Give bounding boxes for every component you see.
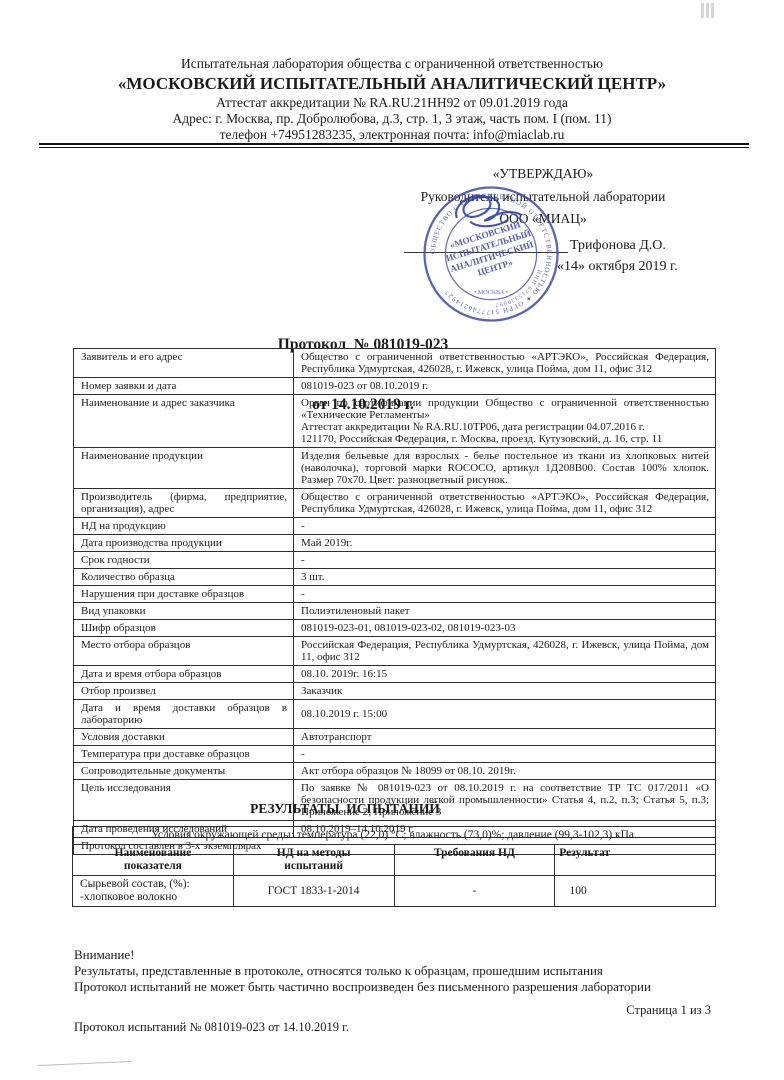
table-row: НД на продукцию-: [74, 518, 716, 535]
accreditation-line: Аттестат аккредитации № RA.RU.21НН92 от …: [0, 95, 784, 111]
row-label: Место отбора образцов: [74, 637, 294, 666]
table-row: Наименование продукцииИзделия бельевые д…: [74, 448, 716, 489]
row-value: -: [294, 586, 716, 603]
row-value: Общество с ограниченной ответственностью…: [294, 489, 716, 518]
row-label: Шифр образцов: [74, 620, 294, 637]
address-line: Адрес: г. Москва, пр. Добролюбова, д.3, …: [0, 111, 784, 127]
col-header-method: НД на методы испытаний: [233, 845, 394, 876]
table-row: Наименование и адрес заказчикаОрган по с…: [74, 395, 716, 448]
table-row: Заявитель и его адресОбщество с ограниче…: [74, 349, 716, 378]
row-value: 081019-023 от 08.10.2019 г.: [294, 378, 716, 395]
row-value: -: [294, 518, 716, 535]
col-header-requirement: Требования НД: [394, 845, 555, 876]
table-row: Номер заявки и дата081019-023 от 08.10.2…: [74, 378, 716, 395]
document-header: Испытательная лаборатория общества с огр…: [0, 56, 784, 143]
row-label: Отбор произвел: [74, 683, 294, 700]
table-row: Нарушения при доставке образцов-: [74, 586, 716, 603]
lab-description: Испытательная лаборатория общества с огр…: [0, 56, 784, 72]
table-row: Вид упаковкиПолиэтиленовый пакет: [74, 603, 716, 620]
scan-artifact-marks: [701, 3, 714, 18]
document-page: Испытательная лаборатория общества с огр…: [0, 0, 784, 1080]
row-value: -: [294, 746, 716, 763]
row-label: Номер заявки и дата: [74, 378, 294, 395]
col-header-indicator: Наименование показателя: [73, 845, 234, 876]
scan-artifact-line: [38, 1056, 132, 1066]
protocol-info-table: Заявитель и его адресОбщество с ограниче…: [73, 348, 716, 855]
conditions-row: Условия окружающей среды: температура (2…: [73, 827, 716, 845]
row-label: Производитель (фирма, предприятие, орган…: [74, 489, 294, 518]
attention-word: Внимание!: [74, 947, 680, 963]
organization-name: «МОСКОВСКИЙ ИСПЫТАТЕЛЬНЫЙ АНАЛИТИЧЕСКИЙ …: [0, 73, 784, 94]
table-row: Количество образца3 шт.: [74, 569, 716, 586]
table-row: Дата и время отбора образцов08.10. 2019г…: [74, 666, 716, 683]
table-row: Срок годности-: [74, 552, 716, 569]
row-value: -: [294, 552, 716, 569]
row-label: Условия доставки: [74, 729, 294, 746]
table-row: Производитель (фирма, предприятие, орган…: [74, 489, 716, 518]
row-value: Орган по сертификации продукции Общество…: [294, 395, 716, 448]
page-number: Страница 1 из 3: [626, 1003, 711, 1018]
result-cell: 100: [555, 876, 716, 907]
header-divider: [39, 143, 749, 148]
row-value: 081019-023-01, 081019-023-02, 081019-023…: [294, 620, 716, 637]
results-heading: РЕЗУЛЬТАТЫ ИСПЫТАНИЙ: [0, 801, 690, 817]
method-cell: ГОСТ 1833-1-2014: [233, 876, 394, 907]
table-row: Сопроводительные документыАкт отбора обр…: [74, 763, 716, 780]
row-value: 08.10.2019 г. 15:00: [294, 700, 716, 729]
attention-block: Внимание! Результаты, представленные в п…: [74, 947, 680, 995]
table-row: Дата производства продукцииМай 2019г.: [74, 535, 716, 552]
requirement-cell: -: [394, 876, 555, 907]
row-label: Дата и время отбора образцов: [74, 666, 294, 683]
row-label: Дата и время доставки образцов в лаборат…: [74, 700, 294, 729]
protocol-footer-ref: Протокол испытаний № 081019-023 от 14.10…: [74, 1020, 349, 1035]
environment-conditions: Условия окружающей среды: температура (2…: [73, 827, 716, 845]
row-label: Температура при доставке образцов: [74, 746, 294, 763]
table-row: Место отбора образцовРоссийская Федераци…: [74, 637, 716, 666]
results-header-row: Наименование показателя НД на методы исп…: [73, 845, 716, 876]
attention-note2: Протокол испытаний не может быть частичн…: [74, 979, 680, 995]
signer-name: Трифонова Д.О.: [570, 238, 666, 254]
contacts-line: телефон +74951283235, электронная почта:…: [0, 127, 784, 143]
row-label: Наименование продукции: [74, 448, 294, 489]
table-row: Температура при доставке образцов-: [74, 746, 716, 763]
row-label: Заявитель и его адрес: [74, 349, 294, 378]
row-value: Автотранспорт: [294, 729, 716, 746]
indicator-cell: Сырьевой состав, (%): -хлопковое волокно: [73, 876, 234, 907]
result-row: Сырьевой состав, (%): -хлопковое волокно…: [73, 876, 716, 907]
row-label: НД на продукцию: [74, 518, 294, 535]
row-label: Срок годности: [74, 552, 294, 569]
table-row: Отбор произвелЗаказчик: [74, 683, 716, 700]
row-label: Наименование и адрес заказчика: [74, 395, 294, 448]
row-value: 08.10. 2019г. 16:15: [294, 666, 716, 683]
row-value: Полиэтиленовый пакет: [294, 603, 716, 620]
row-value: Изделия бельевые для взрослых - белье по…: [294, 448, 716, 489]
col-header-result: Результат: [555, 845, 716, 876]
row-label: Количество образца: [74, 569, 294, 586]
row-value: Заказчик: [294, 683, 716, 700]
table-row: Условия доставкиАвтотранспорт: [74, 729, 716, 746]
row-value: 3 шт.: [294, 569, 716, 586]
table-row: Дата и время доставки образцов в лаборат…: [74, 700, 716, 729]
attention-note1: Результаты, представленные в протоколе, …: [74, 963, 680, 979]
approval-date: «14» октября 2019 г.: [557, 259, 678, 275]
row-value: Российская Федерация, Республика Удмуртс…: [294, 637, 716, 666]
row-label: Нарушения при доставке образцов: [74, 586, 294, 603]
results-table: Условия окружающей среды: температура (2…: [72, 826, 716, 907]
row-value: Акт отбора образцов № 18099 от 08.10. 20…: [294, 763, 716, 780]
table-row: Шифр образцов081019-023-01, 081019-023-0…: [74, 620, 716, 637]
row-value: Май 2019г.: [294, 535, 716, 552]
row-label: Дата производства продукции: [74, 535, 294, 552]
row-label: Вид упаковки: [74, 603, 294, 620]
row-label: Сопроводительные документы: [74, 763, 294, 780]
row-value: Общество с ограниченной ответственностью…: [294, 349, 716, 378]
